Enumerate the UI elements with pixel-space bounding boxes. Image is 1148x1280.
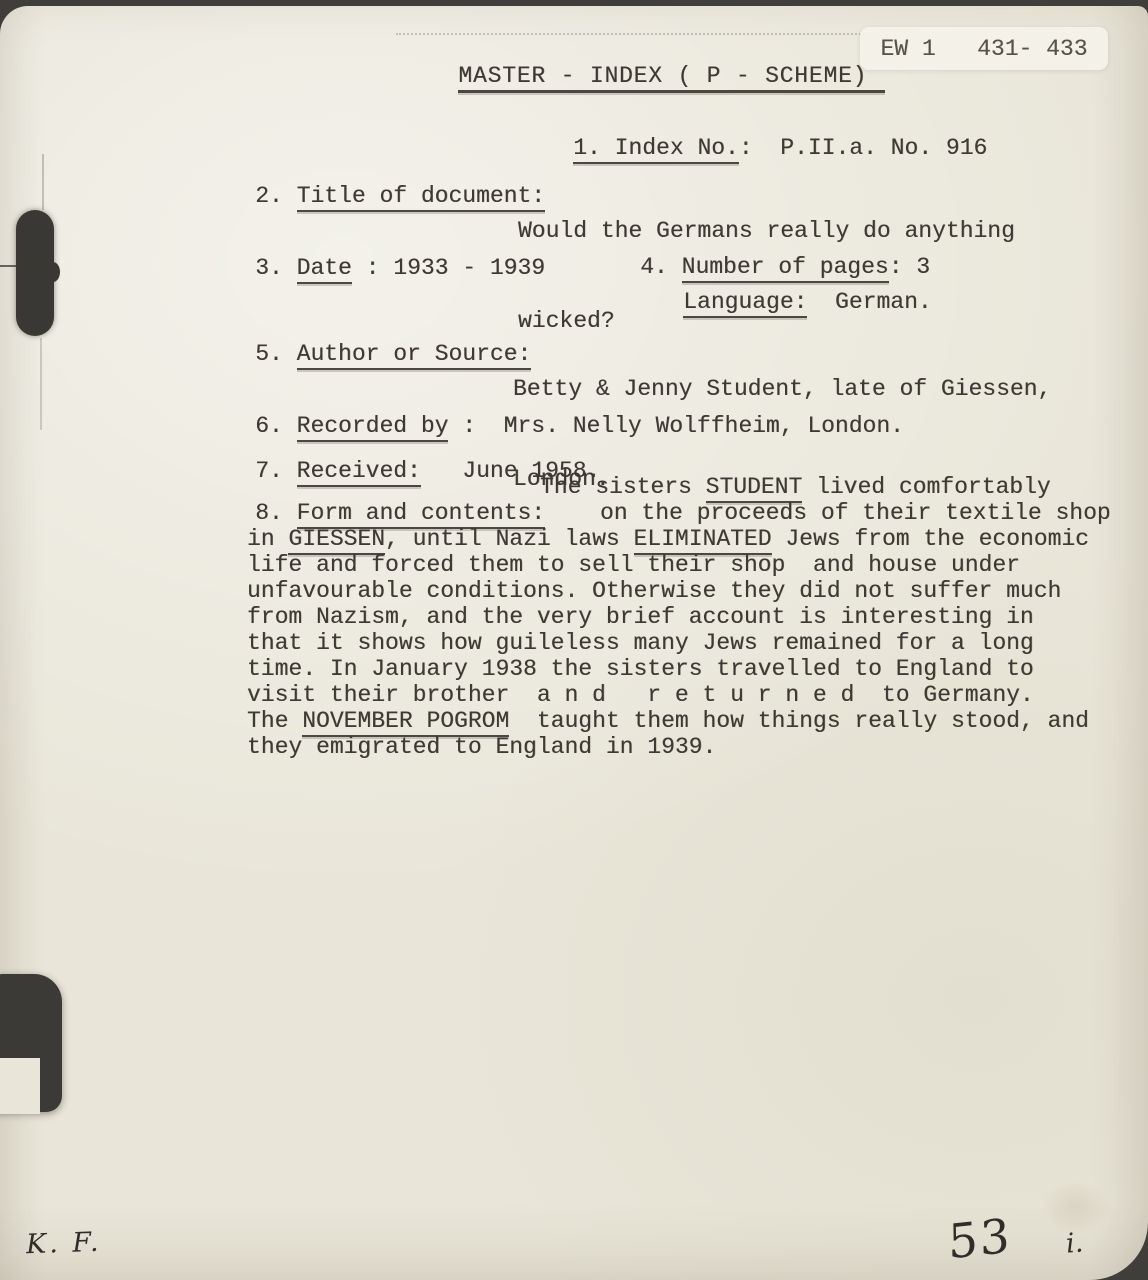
- text-segment: The: [247, 708, 302, 734]
- form-contents-line: in GIESSEN, until Nazi laws ELIMINATED J…: [247, 526, 1148, 552]
- field-number: 3.: [255, 255, 296, 281]
- page-title: MASTER - INDEX ( P - SCHEME): [458, 63, 885, 93]
- text-segment: that it shows how guileless many Jews re…: [247, 630, 1034, 656]
- underlined-term: GIESSEN: [288, 526, 385, 555]
- archivist-initials: K. F.: [25, 1227, 101, 1261]
- text-segment: lived comfortably: [802, 474, 1050, 500]
- text-segment: taught them how things really stood, and: [509, 708, 1089, 734]
- language-value: German.: [807, 289, 931, 315]
- date-value: : 1933 - 1939: [352, 255, 545, 281]
- form-contents-line: they emigrated to England in 1939.: [247, 734, 1148, 760]
- title-label: Title of document:: [297, 183, 545, 212]
- paper-smudge: [1028, 1170, 1124, 1244]
- text-segment: from Nazism, and the very brief account …: [247, 604, 1034, 630]
- punch-hole-mark-top: [16, 210, 54, 336]
- form-contents-line: unfavourable conditions. Otherwise they …: [247, 578, 1148, 604]
- form-contents-line: visit their brother a n d r e t u r n e …: [247, 682, 1148, 708]
- field-number: 5.: [255, 341, 296, 367]
- field-title-label: 2. Title of document:: [200, 157, 545, 235]
- punch-hole-notch: [0, 1058, 40, 1114]
- reference-number: EW 1 431- 433: [880, 36, 1087, 62]
- reference-number-label: EW 1 431- 433: [860, 27, 1108, 70]
- form-contents-line: time. In January 1938 the sisters travel…: [247, 656, 1148, 682]
- text-segment: life and forced them to sell their shop …: [247, 552, 1020, 578]
- document-page: MASTER - INDEX ( P - SCHEME) EW 1 431- 4…: [0, 6, 1148, 1280]
- punch-guide-line: [0, 265, 41, 267]
- form-contents-line: from Nazism, and the very brief account …: [247, 604, 1148, 630]
- text-segment: visit their brother a n d r e t u r n e …: [247, 682, 1034, 708]
- form-contents-line: The sisters STUDENT lived comfortably: [540, 474, 1148, 500]
- date-label: Date: [297, 255, 352, 284]
- pencil-tick-lower: [40, 338, 42, 430]
- field-number: 2.: [255, 183, 296, 209]
- text-segment: on the proceeds of their textile shop: [600, 500, 1111, 526]
- text-segment: , until Nazi laws: [385, 526, 633, 552]
- text-segment: unfavourable conditions. Otherwise they …: [247, 578, 1061, 604]
- author-label: Author or Source:: [297, 341, 532, 370]
- underlined-term: STUDENT: [706, 474, 803, 503]
- text-segment: time. In January 1938 the sisters travel…: [247, 656, 1034, 682]
- field-author-label: 5. Author or Source:: [200, 315, 531, 393]
- text-segment: they emigrated to England in 1939.: [247, 734, 716, 760]
- underlined-term: NOVEMBER POGROM: [302, 708, 509, 737]
- handwritten-page-number: 53: [948, 1209, 1012, 1271]
- document-header: MASTER - INDEX ( P - SCHEME): [400, 37, 885, 115]
- form-contents-line: on the proceeds of their textile shop: [600, 500, 1148, 526]
- text-segment: in: [247, 526, 288, 552]
- field-date: 3. Date : 1933 - 1939: [200, 229, 545, 307]
- text-segment: Jews from the economic: [772, 526, 1089, 552]
- underlined-term: ELIMINATED: [634, 526, 772, 555]
- form-contents-line: that it shows how guileless many Jews re…: [247, 630, 1148, 656]
- pencil-tick-upper: [42, 154, 44, 210]
- form-contents-line: The NOVEMBER POGROM taught them how thin…: [247, 708, 1148, 734]
- form-contents-line: life and forced them to sell their shop …: [247, 552, 1148, 578]
- form-contents-text: The sisters STUDENT lived comfortablyon …: [0, 474, 1148, 760]
- text-segment: The sisters: [540, 474, 706, 500]
